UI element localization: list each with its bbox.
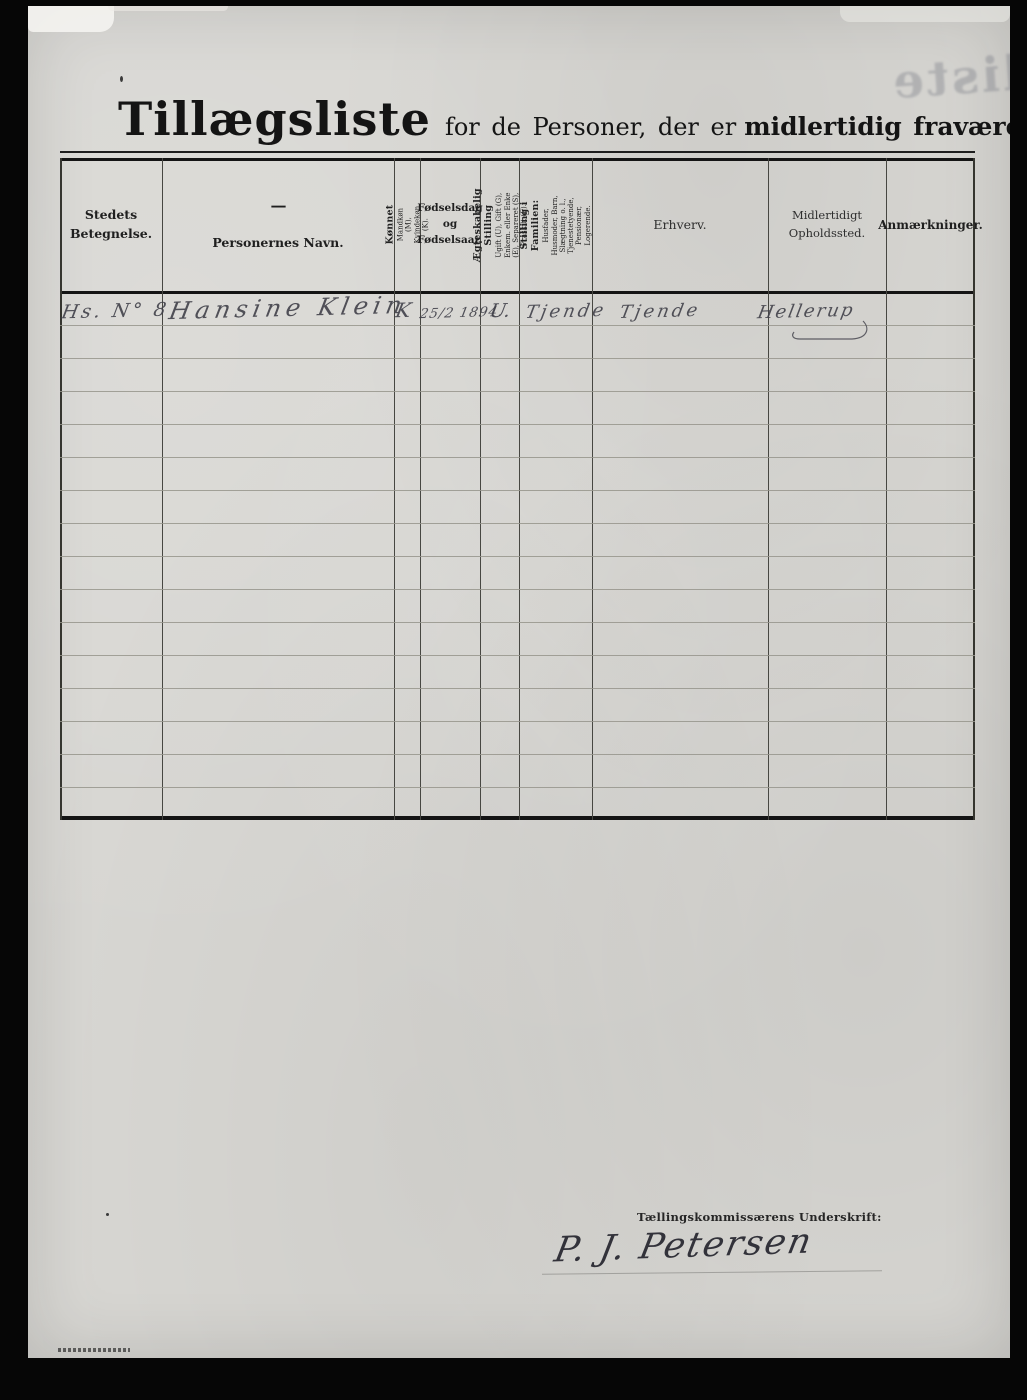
row-line	[60, 688, 975, 689]
entry-family-position: Tjende	[524, 300, 608, 323]
row-line	[60, 622, 975, 623]
entry-gender: K	[394, 298, 414, 322]
page-title: Tillægslistefor de Personer, der ermidle…	[118, 92, 1010, 146]
header-erhverv: Erhverv.	[592, 158, 768, 292]
scanned-census-page: liste Tillægslistefor de Personer, der e…	[0, 0, 1027, 1400]
header-stilling-i-familien: Stilling i Familien: Husfader, Husmoder,…	[519, 158, 592, 292]
header-anmaerkninger: Anmærkninger.	[886, 158, 975, 292]
header-label: Stilling i Familien:	[519, 189, 541, 262]
title-main: Tillægsliste	[118, 92, 431, 146]
row-line	[60, 754, 975, 755]
row-line	[60, 787, 975, 788]
row-line	[60, 721, 975, 722]
table-bottom-rule	[60, 816, 975, 820]
header-dash: —	[271, 198, 286, 214]
scan-artifact-top-left	[28, 6, 114, 32]
row-line	[60, 556, 975, 557]
title-subtitle-regular: for de Personer, der er	[445, 113, 736, 141]
pen-flourish	[760, 320, 870, 346]
paper-sheet: liste Tillægslistefor de Personer, der e…	[28, 6, 1010, 1358]
header-midlertidigt-opholdssted: Midlertidigt Opholdssted.	[768, 158, 886, 292]
scan-artifact-top-streak	[108, 6, 228, 11]
row-line	[60, 424, 975, 425]
header-label: Stedets Betegnelse.	[60, 206, 162, 244]
header-label: Erhverv.	[653, 215, 706, 234]
entry-name: Hansine Klein	[167, 291, 409, 325]
entry-stedets-betegnelse: Hs. N° 8	[60, 299, 171, 324]
entry-marital-status: U.	[488, 300, 513, 323]
header-aegteskabelig-stilling: Ægteskabelig Stilling Ugift (U), Gift (G…	[480, 158, 519, 292]
census-table: Stedets Betegnelse. — Personernes Navn. …	[60, 158, 975, 820]
ink-speck	[120, 76, 123, 82]
row-line	[60, 490, 975, 491]
title-rule	[60, 151, 975, 153]
header-label: Personernes Navn.	[212, 234, 343, 253]
header-label: Kønnet	[384, 205, 395, 245]
row-line	[60, 358, 975, 359]
header-sublabel: Husfader, Husmoder, Barn, Slægtning o. l…	[542, 189, 592, 262]
entry-occupation: Tjende	[618, 300, 702, 323]
header-personernes-navn: — Personernes Navn.	[162, 158, 394, 292]
row-line	[60, 391, 975, 392]
printer-mark	[58, 1348, 130, 1352]
row-line	[60, 457, 975, 458]
header-label: Anmærkninger.	[878, 216, 983, 234]
row-line	[60, 589, 975, 590]
scan-artifact-top-right	[840, 6, 1010, 22]
signature-label: Tællingskommissærens Underskrift:	[637, 1210, 882, 1224]
signature-baseline	[542, 1270, 882, 1275]
header-konnet: Kønnet Mandkøn (M), Kvindekøn (K).	[394, 158, 420, 292]
header-label: Ægteskabelig Stilling	[471, 188, 493, 262]
header-label: Midlertidigt Opholdssted.	[768, 207, 886, 243]
commissioner-signature: P. J. Petersen	[551, 1222, 816, 1271]
title-subtitle-bold: midlertidig fraværende.	[744, 112, 1010, 141]
header-stedets-betegnelse: Stedets Betegnelse.	[60, 158, 162, 292]
row-line	[60, 523, 975, 524]
row-line	[60, 655, 975, 656]
ink-speck	[106, 1213, 109, 1216]
